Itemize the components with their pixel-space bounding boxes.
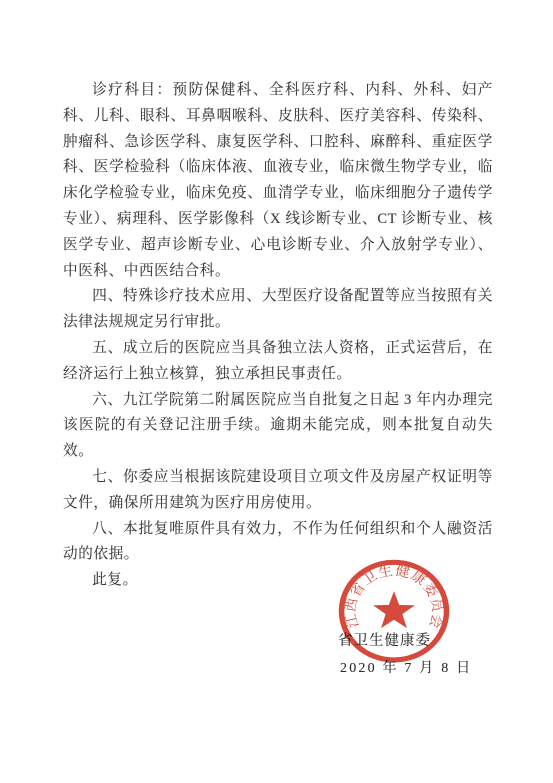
star-icon: [373, 591, 415, 628]
paragraph-item-6: 六、九江学院第二附属医院应当自批复之日起 3 年内办理完该医院的有关登记注册手续…: [63, 388, 493, 465]
official-seal-stamp: 江西省卫生健康委员会: [330, 553, 460, 674]
document-page: 诊疗科目：预防保健科、全科医疗科、内科、外科、妇产科、儿科、眼科、耳鼻咽喉科、皮…: [0, 0, 553, 783]
paragraph-item-5: 五、成立后的医院应当具备独立法人资格，正式运营后，在经济运行上独立核算，独立承担…: [63, 336, 493, 388]
paragraph-diagnosis-subjects: 诊疗科目：预防保健科、全科医疗科、内科、外科、妇产科、儿科、眼科、耳鼻咽喉科、皮…: [63, 78, 493, 284]
document-body: 诊疗科目：预防保健科、全科医疗科、内科、外科、妇产科、儿科、眼科、耳鼻咽喉科、皮…: [63, 78, 493, 594]
paragraph-item-7: 七、你委应当根据该院建设项目立项文件及房屋产权证明等文件，确保所用建筑为医疗用房…: [63, 465, 493, 517]
paragraph-item-4: 四、特殊诊疗技术应用、大型医疗设备配置等应当按照有关法律法规规定另行审批。: [63, 284, 493, 336]
